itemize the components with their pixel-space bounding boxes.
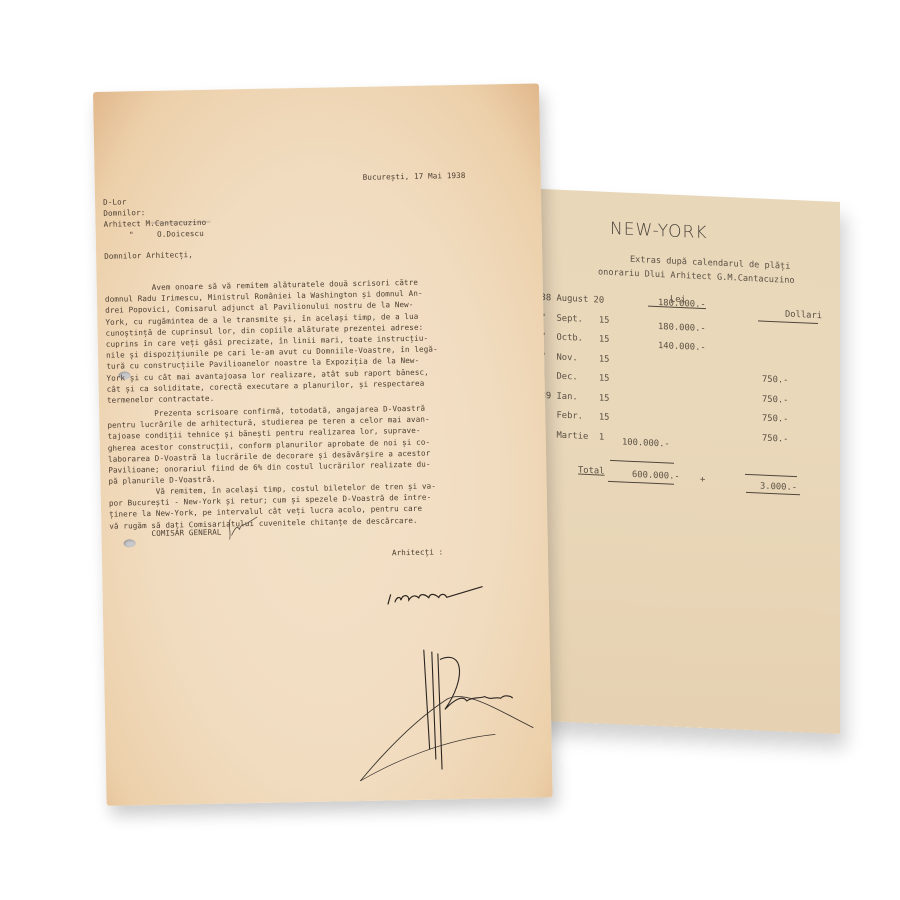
payment-lei: 140.000.-: [658, 341, 706, 353]
letter-document: București, 17 Mai 1938 D-LorDomnilor:Arh…: [93, 83, 553, 805]
payment-schedule-document: NEW-YORK Extras după calendarul de plăți…: [520, 188, 840, 734]
lei-subtotal-line: [610, 460, 674, 464]
paragraph-2: Prezenta scrisoare confirmă, totodată, a…: [93, 83, 539, 92]
payment-usd: 750.-: [762, 433, 788, 444]
payment-usd: 750.-: [762, 394, 788, 405]
usd-subtotal-line: [745, 474, 797, 477]
sender-title: COMISAR GENERAL: [151, 528, 221, 538]
payment-usd: 750.-: [762, 375, 788, 386]
recipient-line: Domnilor:: [103, 208, 145, 218]
paragraph-3: Vă remitem, în același timp, costul bile…: [93, 83, 539, 92]
payment-lei: 100.000.-: [622, 437, 670, 449]
letter-line: termenelor contractate.: [107, 394, 215, 405]
architects-label: Arhitecți :: [392, 547, 444, 557]
payment-lei: 180.000.-: [658, 322, 706, 334]
signature-cantacuzino: [354, 637, 557, 791]
salutation: Domnilor Arhitecți,: [104, 250, 193, 261]
paragraph-1: Avem onoare să vă remitem alăturatele do…: [93, 83, 539, 92]
recipient-line: " O.Doicescu: [120, 229, 204, 240]
plus-sign: +: [700, 475, 705, 485]
schedule-heading: NEW-YORK: [610, 219, 708, 243]
payment-usd: 750.-: [762, 414, 788, 425]
signature-doicescu: [382, 580, 503, 612]
punch-hole-bottom: [124, 539, 136, 547]
total-usd: 3.000.-: [760, 481, 797, 493]
total-lei-underline: [608, 481, 674, 485]
payment-rows: 1938 August 20180.000.- " Sept. 15180.00…: [520, 188, 840, 202]
commissioner-signature: [221, 513, 262, 544]
total-lei: 600.000.-: [632, 470, 680, 482]
recipient-line: D-Lor: [103, 197, 127, 206]
letter-line: pă planurile D-Voastră.: [108, 475, 216, 486]
place-date: București, 17 Mai 1938: [363, 171, 466, 182]
recipient-block: D-LorDomnilor:Arhitect M.Cantacuzino " O…: [93, 83, 539, 92]
payment-lei: 180.000.-: [658, 298, 706, 310]
total-label: Total: [578, 466, 604, 477]
